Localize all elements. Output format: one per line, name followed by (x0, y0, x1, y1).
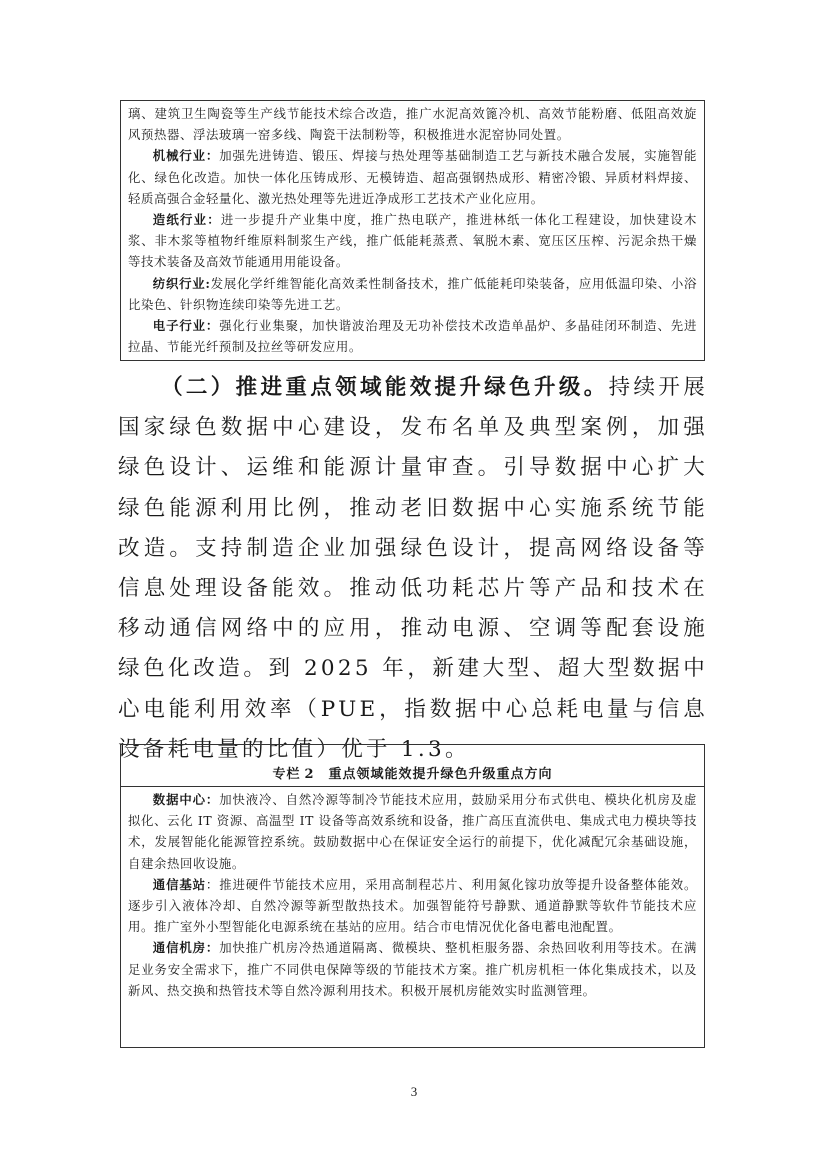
section-heading: （二）推进重点领域能效提升绿色升级。 (161, 375, 609, 400)
item-telecom-room: 通信机房：加快推广机房冷热通道隔离、微模块、整机柜服务器、余热回收利用等技术。在… (128, 937, 697, 1001)
section-body: 持续开展国家绿色数据中心建设，发布名单及典型案例，加强绿色设计、运维和能源计量审… (118, 375, 708, 762)
column-box-2: 专栏 2 重点领域能效提升绿色升级重点方向 数据中心：加快液冷、自然冷源等制冷节… (120, 744, 705, 1048)
item-base-station: 通信基站：推进硬件节能技术应用，采用高制程芯片、利用氮化镓功放等提升设备整体能效… (128, 874, 697, 938)
item-label: 机械行业： (153, 148, 219, 163)
column-label: 专栏 (272, 763, 300, 782)
item-textile: 纺织行业:发展化学纤维智能化高效柔性制备技术，推广低能耗印染装备，应用低温印染、… (128, 273, 697, 315)
item-label: 数据中心： (153, 792, 219, 807)
industry-measures-box: 璃、建筑卫生陶瓷等生产线节能技术综合改造，推广水泥高效篦冷机、高效节能粉磨、低阻… (120, 100, 705, 361)
item-text: 发展化学纤维智能化高效柔性制备技术，推广低能耗印染装备，应用低温印染、小浴比染色… (128, 276, 697, 312)
item-label: 纺织行业: (153, 276, 211, 291)
box-continuation-text: 璃、建筑卫生陶瓷等生产线节能技术综合改造，推广水泥高效篦冷机、高效节能粉磨、低阻… (128, 103, 697, 145)
item-paper: 造纸行业：进一步提升产业集中度，推广热电联产，推进林纸一体化工程建设，加快建设木… (128, 209, 697, 273)
item-electronics: 电子行业：强化行业集聚，加快谐波治理及无功补偿技术改造单晶炉、多晶硅闭环制造、先… (128, 315, 697, 357)
main-paragraph: （二）推进重点领域能效提升绿色升级。持续开展国家绿色数据中心建设，发布名单及典型… (118, 368, 708, 770)
page-number: 3 (406, 1084, 422, 1100)
item-label: 电子行业： (153, 318, 219, 333)
item-machinery: 机械行业：加强先进铸造、锻压、焊接与热处理等基础制造工艺与新技术融合发展，实施智… (128, 145, 697, 209)
item-label: 造纸行业： (153, 212, 221, 227)
item-label: 通信基站 (153, 877, 206, 892)
item-label: 通信机房： (153, 940, 219, 955)
item-data-center: 数据中心：加快液冷、自然冷源等制冷节能技术应用，鼓励采用分布式供电、模块化机房及… (128, 789, 697, 874)
column-number: 2 (304, 767, 314, 782)
column-title: 重点领域能效提升绿色升级重点方向 (329, 763, 553, 782)
column-box-header: 专栏 2 重点领域能效提升绿色升级重点方向 (121, 745, 704, 787)
item-text: ：推进硬件节能技术应用，采用高制程芯片、利用氮化镓功放等提升设备整体能效。逐步引… (128, 877, 697, 934)
